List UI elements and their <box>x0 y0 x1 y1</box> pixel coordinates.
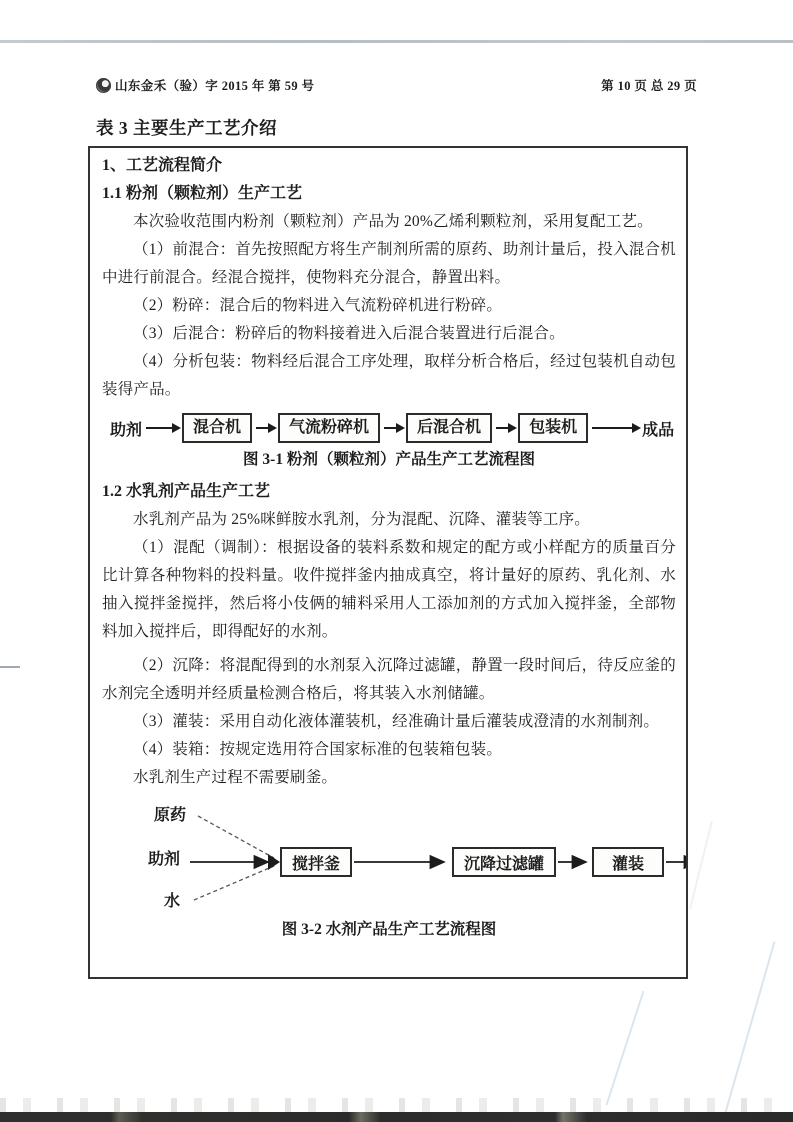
company-logo-icon <box>96 78 111 93</box>
figure-caption: 图 3-1 粉剂（颗粒剂）产品生产工艺流程图 <box>102 446 676 474</box>
scan-crease-line <box>689 821 712 909</box>
flow-input-label: 原药 <box>154 802 186 825</box>
flow-step-box: 包装机 <box>518 413 588 443</box>
flow-arrow-icon <box>256 427 268 429</box>
paragraph: （3）后混合：粉碎后的物料接着进入后混合装置进行后混合。 <box>102 320 676 348</box>
flow-arrow-icon <box>592 427 632 429</box>
flow-arrow-icon <box>496 427 508 429</box>
page-number: 第 10 页 总 29 页 <box>601 76 697 94</box>
subsection-heading: 1.2 水乳剂产品生产工艺 <box>102 480 676 504</box>
paragraph: （1）前混合：首先按照配方将生产制剂所需的原药、助剂计量后，投入混合机中进行前混… <box>102 236 676 292</box>
doc-number: 山东金禾（验）字 2015 年 第 59 号 <box>115 76 314 94</box>
flow-diagram-2: 原药 助剂 水 搅拌釜 沉降过滤罐 灌装 成品 <box>146 802 676 914</box>
paragraph: （4）装箱：按规定选用符合国家标准的包装箱包装。 <box>102 736 676 764</box>
flow-output-label: 成品 <box>642 417 674 440</box>
scan-left-margin-mark <box>0 666 20 668</box>
scan-bottom-edge-band <box>0 1112 793 1122</box>
process-description-box: 1、工艺流程简介 1.1 粉剂（颗粒剂）生产工艺 本次验收范围内粉剂（颗粒剂）产… <box>88 146 688 979</box>
section-heading: 1、工艺流程简介 <box>102 154 676 178</box>
scan-crease-line <box>605 991 644 1106</box>
scan-crease-line <box>723 941 775 1119</box>
scan-bottom-noise <box>0 1098 793 1112</box>
flow-diagram-1: 助剂 混合机 气流粉碎机 后混合机 包装机 成品 <box>110 412 676 444</box>
page-header: 山东金禾（验）字 2015 年 第 59 号 第 10 页 总 29 页 <box>96 76 697 94</box>
flow-step-box: 后混合机 <box>406 413 492 443</box>
paragraph: （3）灌装：采用自动化液体灌装机，经准确计量后灌装成澄清的水剂制剂。 <box>102 708 676 736</box>
scan-top-edge-line <box>0 40 793 43</box>
flow-step-box: 混合机 <box>182 413 252 443</box>
header-left: 山东金禾（验）字 2015 年 第 59 号 <box>96 76 314 94</box>
flow-input-label: 水 <box>164 888 180 911</box>
page-title: 表 3 主要生产工艺介绍 <box>96 115 277 140</box>
flow-arrow-icon <box>384 427 396 429</box>
paragraph: （2）粉碎：混合后的物料进入气流粉碎机进行粉碎。 <box>102 292 676 320</box>
paragraph: 水乳剂生产过程不需要刷釜。 <box>102 764 676 792</box>
flow-step-box: 灌装 <box>592 847 664 877</box>
paragraph: （4）分析包装：物料经后混合工序处理，取样分析合格后，经过包装机自动包装得产品。 <box>102 348 676 404</box>
flow-step-box: 搅拌釜 <box>280 847 352 877</box>
paragraph: （1）混配（调制）：根据设备的装料系数和规定的配方或小样配方的质量百分比计算各种… <box>102 534 676 646</box>
paragraph: 本次验收范围内粉剂（颗粒剂）产品为 20%乙烯利颗粒剂，采用复配工艺。 <box>102 208 676 236</box>
flow-input-label: 助剂 <box>148 846 180 869</box>
paragraph: 水乳剂产品为 25%咪鲜胺水乳剂，分为混配、沉降、灌装等工序。 <box>102 506 676 534</box>
subsection-heading: 1.1 粉剂（颗粒剂）生产工艺 <box>102 182 676 206</box>
paragraph: （2）沉降：将混配得到的水剂泵入沉降过滤罐，静置一段时间后，待反应釜的水剂完全透… <box>102 652 676 708</box>
flow-input-label: 助剂 <box>110 417 142 440</box>
flow-step-box: 沉降过滤罐 <box>452 847 556 877</box>
flow-step-box: 气流粉碎机 <box>278 413 380 443</box>
figure-caption: 图 3-2 水剂产品生产工艺流程图 <box>102 916 676 944</box>
flow-arrow-icon <box>146 427 172 429</box>
